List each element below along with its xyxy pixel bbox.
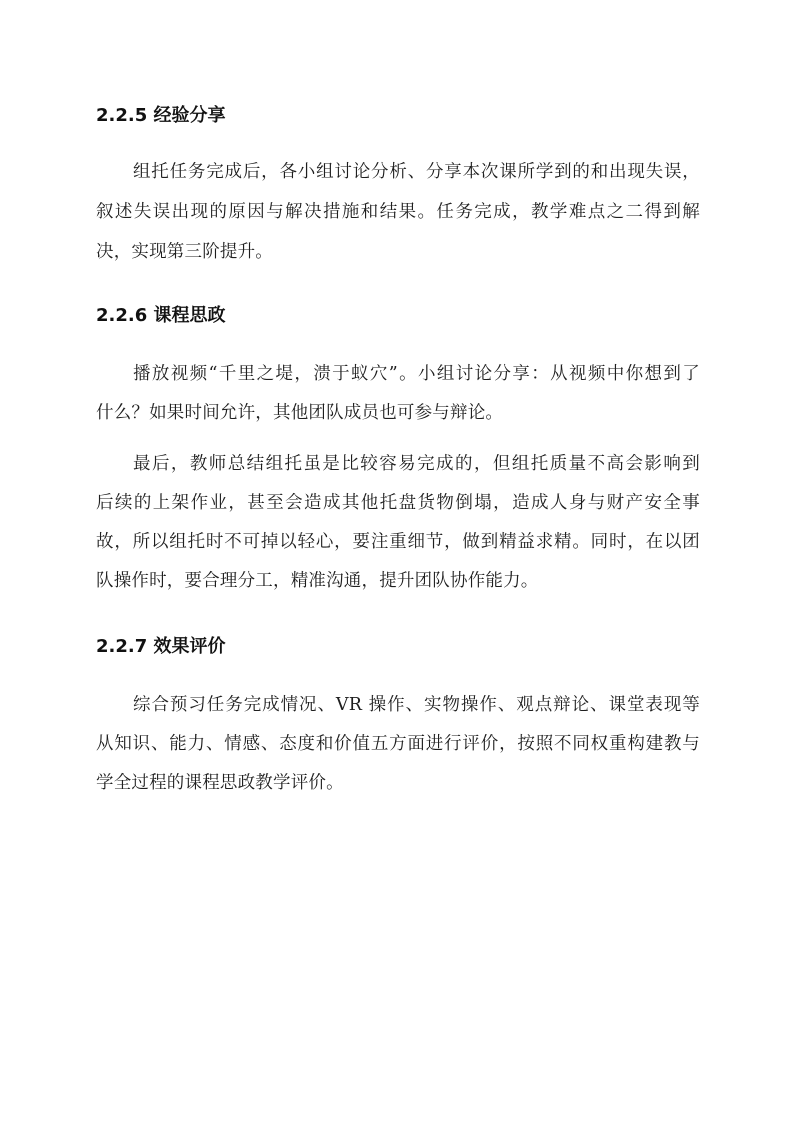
paragraph-line: 学全过程的课程思政教学评价。 (96, 771, 700, 795)
paragraph-line: 叙述失误出现的原因与解决措施和结果。任务完成，教学难点之二得到解 (96, 200, 700, 224)
paragraph-line: 后续的上架作业，甚至会造成其他托盘货物倒塌，造成人身与财产安全事 (96, 491, 700, 515)
paragraph-line: 什么？如果时间允许，其他团队成员也可参与辩论。 (96, 401, 700, 425)
paragraph-line: 组托任务完成后，各小组讨论分析、分享本次课所学到的和出现失误， (133, 160, 700, 184)
paragraph-line: 最后，教师总结组托虽是比较容易完成的，但组托质量不高会影响到 (133, 452, 700, 476)
paragraph-line: 决，实现第三阶提升。 (96, 240, 700, 264)
section-heading-2-2-6: 2.2.6 课程思政 (96, 304, 226, 328)
paragraph-line: 故，所以组托时不可掉以轻心，要注重细节，做到精益求精。同时，在以团 (96, 530, 700, 554)
section-heading-2-2-7: 2.2.7 效果评价 (96, 635, 226, 659)
section-heading-2-2-5: 2.2.5 经验分享 (96, 104, 226, 128)
paragraph-line: 播放视频“千里之堤，溃于蚁穴”。小组讨论分享：从视频中你想到了 (133, 362, 700, 386)
paragraph-line: 综合预习任务完成情况、VR 操作、实物操作、观点辩论、课堂表现等 (133, 693, 700, 717)
document-page: 2.2.5 经验分享 组托任务完成后，各小组讨论分析、分享本次课所学到的和出现失… (0, 0, 794, 1123)
paragraph-line: 从知识、能力、情感、态度和价值五方面进行评价，按照不同权重构建教与 (96, 732, 700, 756)
paragraph-line: 队操作时，要合理分工，精准沟通，提升团队协作能力。 (96, 569, 700, 593)
